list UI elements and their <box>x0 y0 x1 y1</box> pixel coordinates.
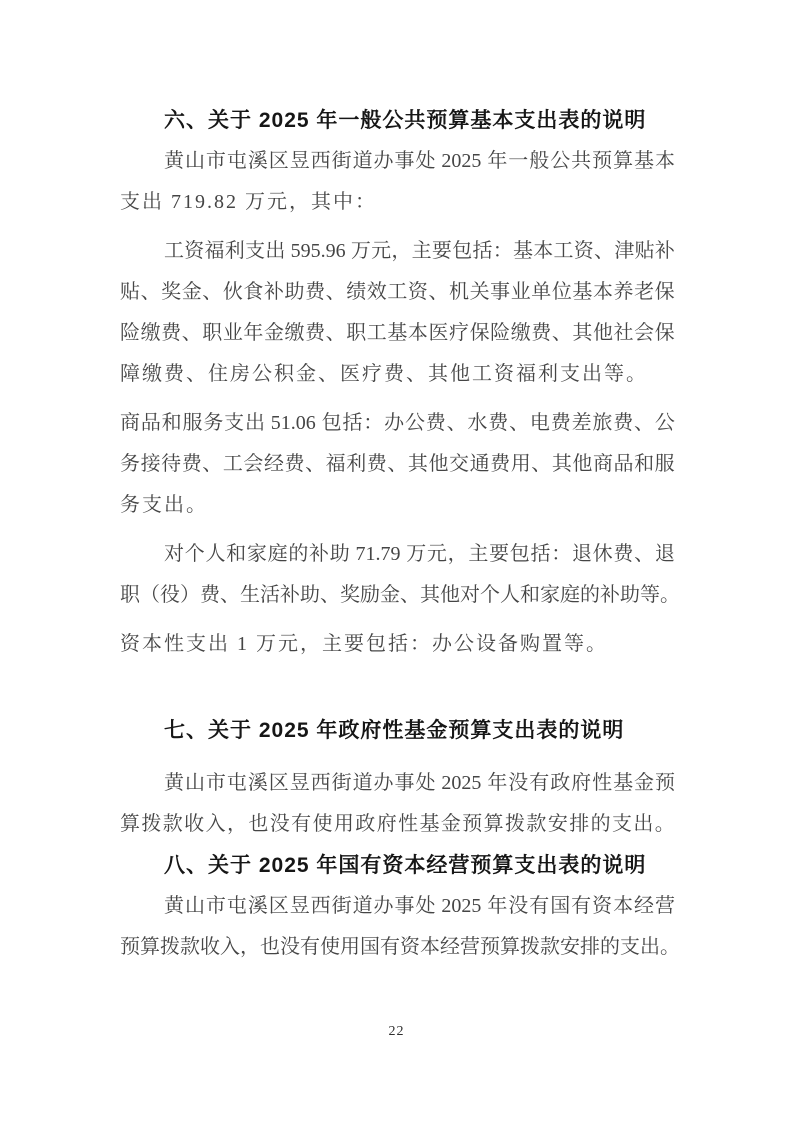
text-line: 支出 719.82 万元，其中： <box>120 182 675 223</box>
section-seven-heading: 七、关于 2025 年政府性基金预算支出表的说明 <box>120 710 675 751</box>
document-body: 六、关于 2025 年一般公共预算基本支出表的说明黄山市屯溪区昱西街道办事处 2… <box>120 100 675 968</box>
section-eight-heading: 八、关于 2025 年国有资本经营预算支出表的说明 <box>120 845 675 886</box>
page-number: 22 <box>0 1022 793 1042</box>
wage-welfare-expenditure-paragraph: 工资福利支出 595.96 万元，主要包括：基本工资、津贴补贴、奖金、伙食补助费… <box>120 231 675 395</box>
text-line: 险缴费、职业年金缴费、职工基本医疗保险缴费、其他社会保 <box>120 313 675 354</box>
text-line: 务支出。 <box>120 485 675 526</box>
general-budget-total-paragraph: 黄山市屯溪区昱西街道办事处 2025 年一般公共预算基本支出 719.82 万元… <box>120 141 675 223</box>
text-line: 职（役）费、生活补助、奖励金、其他对个人和家庭的补助等。 <box>120 575 675 616</box>
text-line: 工资福利支出 595.96 万元，主要包括：基本工资、津贴补 <box>120 231 675 272</box>
text-line: 务接待费、工会经费、福利费、其他交通费用、其他商品和服 <box>120 444 675 485</box>
state-capital-operation-budget-paragraph: 黄山市屯溪区昱西街道办事处 2025 年没有国有资本经营预算拨款收入，也没有使用… <box>120 886 675 968</box>
text-line: 对个人和家庭的补助 71.79 万元，主要包括：退休费、退 <box>120 534 675 575</box>
text-line: 资本性支出 1 万元，主要包括：办公设备购置等。 <box>120 624 675 665</box>
text-line: 预算拨款收入，也没有使用国有资本经营预算拨款安排的支出。 <box>120 927 675 968</box>
text-line: 算拨款收入，也没有使用政府性基金预算拨款安排的支出。 <box>120 804 675 845</box>
goods-and-services-expenditure-paragraph: 商品和服务支出 51.06 包括：办公费、水费、电费差旅费、公务接待费、工会经费… <box>120 403 675 526</box>
text-line: 黄山市屯溪区昱西街道办事处 2025 年一般公共预算基本 <box>120 141 675 182</box>
government-fund-budget-paragraph: 黄山市屯溪区昱西街道办事处 2025 年没有政府性基金预算拨款收入，也没有使用政… <box>120 763 675 845</box>
section-six-heading: 六、关于 2025 年一般公共预算基本支出表的说明 <box>120 100 675 141</box>
text-line: 商品和服务支出 51.06 包括：办公费、水费、电费差旅费、公 <box>120 403 675 444</box>
text-line: 障缴费、住房公积金、医疗费、其他工资福利支出等。 <box>120 354 675 395</box>
individual-family-subsidy-paragraph: 对个人和家庭的补助 71.79 万元，主要包括：退休费、退职（役）费、生活补助、… <box>120 534 675 616</box>
document-page: 六、关于 2025 年一般公共预算基本支出表的说明黄山市屯溪区昱西街道办事处 2… <box>0 0 793 1122</box>
heading-line: 八、关于 2025 年国有资本经营预算支出表的说明 <box>120 845 675 886</box>
capital-expenditure-paragraph: 资本性支出 1 万元，主要包括：办公设备购置等。 <box>120 624 675 665</box>
heading-line: 六、关于 2025 年一般公共预算基本支出表的说明 <box>120 100 675 141</box>
text-line: 贴、奖金、伙食补助费、绩效工资、机关事业单位基本养老保 <box>120 272 675 313</box>
heading-line: 七、关于 2025 年政府性基金预算支出表的说明 <box>120 710 675 751</box>
text-line: 黄山市屯溪区昱西街道办事处 2025 年没有政府性基金预 <box>120 763 675 804</box>
text-line: 黄山市屯溪区昱西街道办事处 2025 年没有国有资本经营 <box>120 886 675 927</box>
